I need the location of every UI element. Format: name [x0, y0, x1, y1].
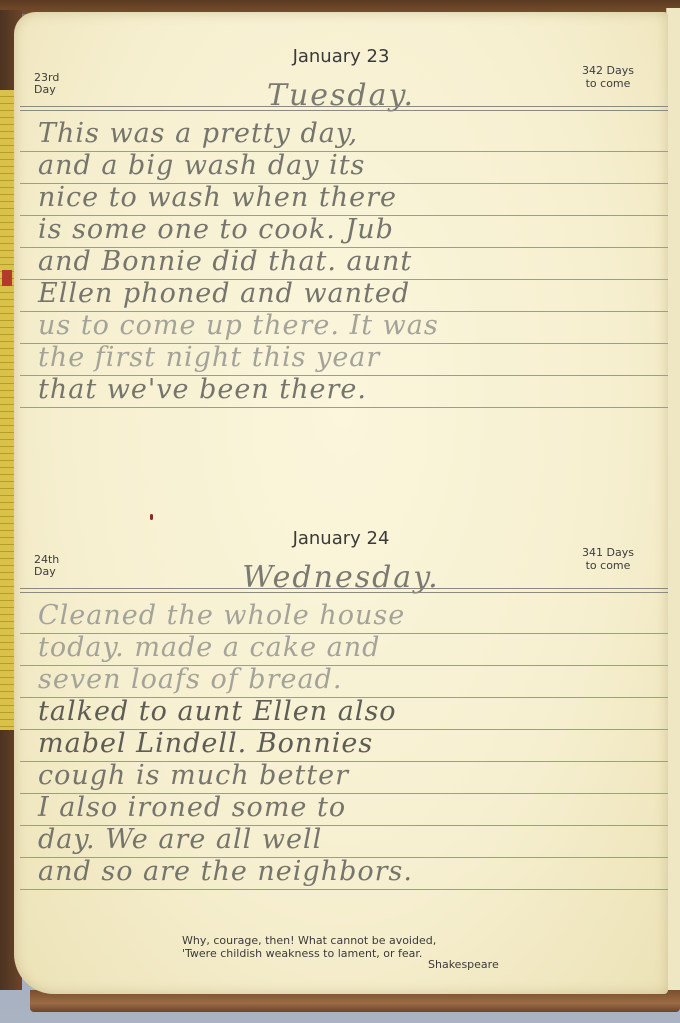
- ruled-line: talked to aunt Ellen also: [20, 698, 668, 730]
- ruled-line: day. We are all well: [20, 826, 668, 858]
- ruled-line: This was a pretty day,: [20, 120, 668, 152]
- quote-line-2: 'Twere childish weakness to lament, or f…: [182, 947, 436, 960]
- diary-page: January 23 23rd Day 342 Days to come Tue…: [14, 12, 668, 994]
- ruler-strip: [0, 90, 15, 730]
- ruled-line: seven loafs of bread.: [20, 666, 668, 698]
- ruled-line: and Bonnie did that. aunt: [20, 248, 668, 280]
- handwritten-line: today. made a cake and: [38, 632, 380, 663]
- handwritten-line: Cleaned the whole house: [38, 600, 405, 631]
- quote-author: Shakespeare: [428, 958, 499, 971]
- entry-date: January 23: [14, 46, 668, 67]
- handwritten-line: talked to aunt Ellen also: [38, 696, 397, 727]
- next-page-edge: [666, 8, 680, 998]
- ruled-line: and so are the neighbors.: [20, 858, 668, 890]
- handwritten-line: I also ironed some to: [38, 792, 346, 823]
- header-double-rule: [20, 588, 668, 593]
- printed-quote: Why, courage, then! What cannot be avoid…: [182, 934, 436, 960]
- handwritten-line: cough is much better: [38, 760, 349, 791]
- handwritten-line: Ellen phoned and wanted: [38, 278, 410, 309]
- handwritten-line: This was a pretty day,: [38, 118, 358, 149]
- ruled-line: today. made a cake and: [20, 634, 668, 666]
- handwritten-line: that we've been there.: [38, 374, 367, 405]
- ruled-line: that we've been there.: [20, 376, 668, 408]
- handwritten-line: is some one to cook. Jub: [38, 214, 394, 245]
- ruled-line: cough is much better: [20, 762, 668, 794]
- ruled-line: Ellen phoned and wanted: [20, 280, 668, 312]
- handwritten-line: us to come up there. It was: [38, 310, 439, 341]
- handwritten-line: nice to wash when there: [38, 182, 397, 213]
- days-count: 342 Days: [582, 64, 634, 77]
- ruled-line: nice to wash when there: [20, 184, 668, 216]
- handwritten-line: day. We are all well: [38, 824, 322, 855]
- handwritten-line: seven loafs of bread.: [38, 664, 342, 695]
- handwritten-line: and so are the neighbors.: [38, 856, 413, 887]
- ruled-line: Cleaned the whole house: [20, 602, 668, 634]
- handwritten-line: mabel Lindell. Bonnies: [38, 728, 373, 759]
- handwritten-line: and Bonnie did that. aunt: [38, 246, 412, 277]
- quote-line-1: Why, courage, then! What cannot be avoid…: [182, 934, 436, 947]
- ink-spot: [150, 514, 153, 520]
- handwritten-line: and a big wash day its: [38, 150, 365, 181]
- ruled-line: mabel Lindell. Bonnies: [20, 730, 668, 762]
- header-double-rule: [20, 106, 668, 111]
- entry-date: January 24: [14, 528, 668, 549]
- ruled-lines: Cleaned the whole house today. made a ca…: [20, 602, 668, 890]
- ruled-line: I also ironed some to: [20, 794, 668, 826]
- ruled-line: and a big wash day its: [20, 152, 668, 184]
- ruled-line: the first night this year: [20, 344, 668, 376]
- ruler-red-mark: [2, 270, 12, 286]
- ruled-line: us to come up there. It was: [20, 312, 668, 344]
- ruled-lines: This was a pretty day, and a big wash da…: [20, 120, 668, 408]
- ruled-line: is some one to cook. Jub: [20, 216, 668, 248]
- days-count: 341 Days: [582, 546, 634, 559]
- handwritten-line: the first night this year: [38, 342, 380, 373]
